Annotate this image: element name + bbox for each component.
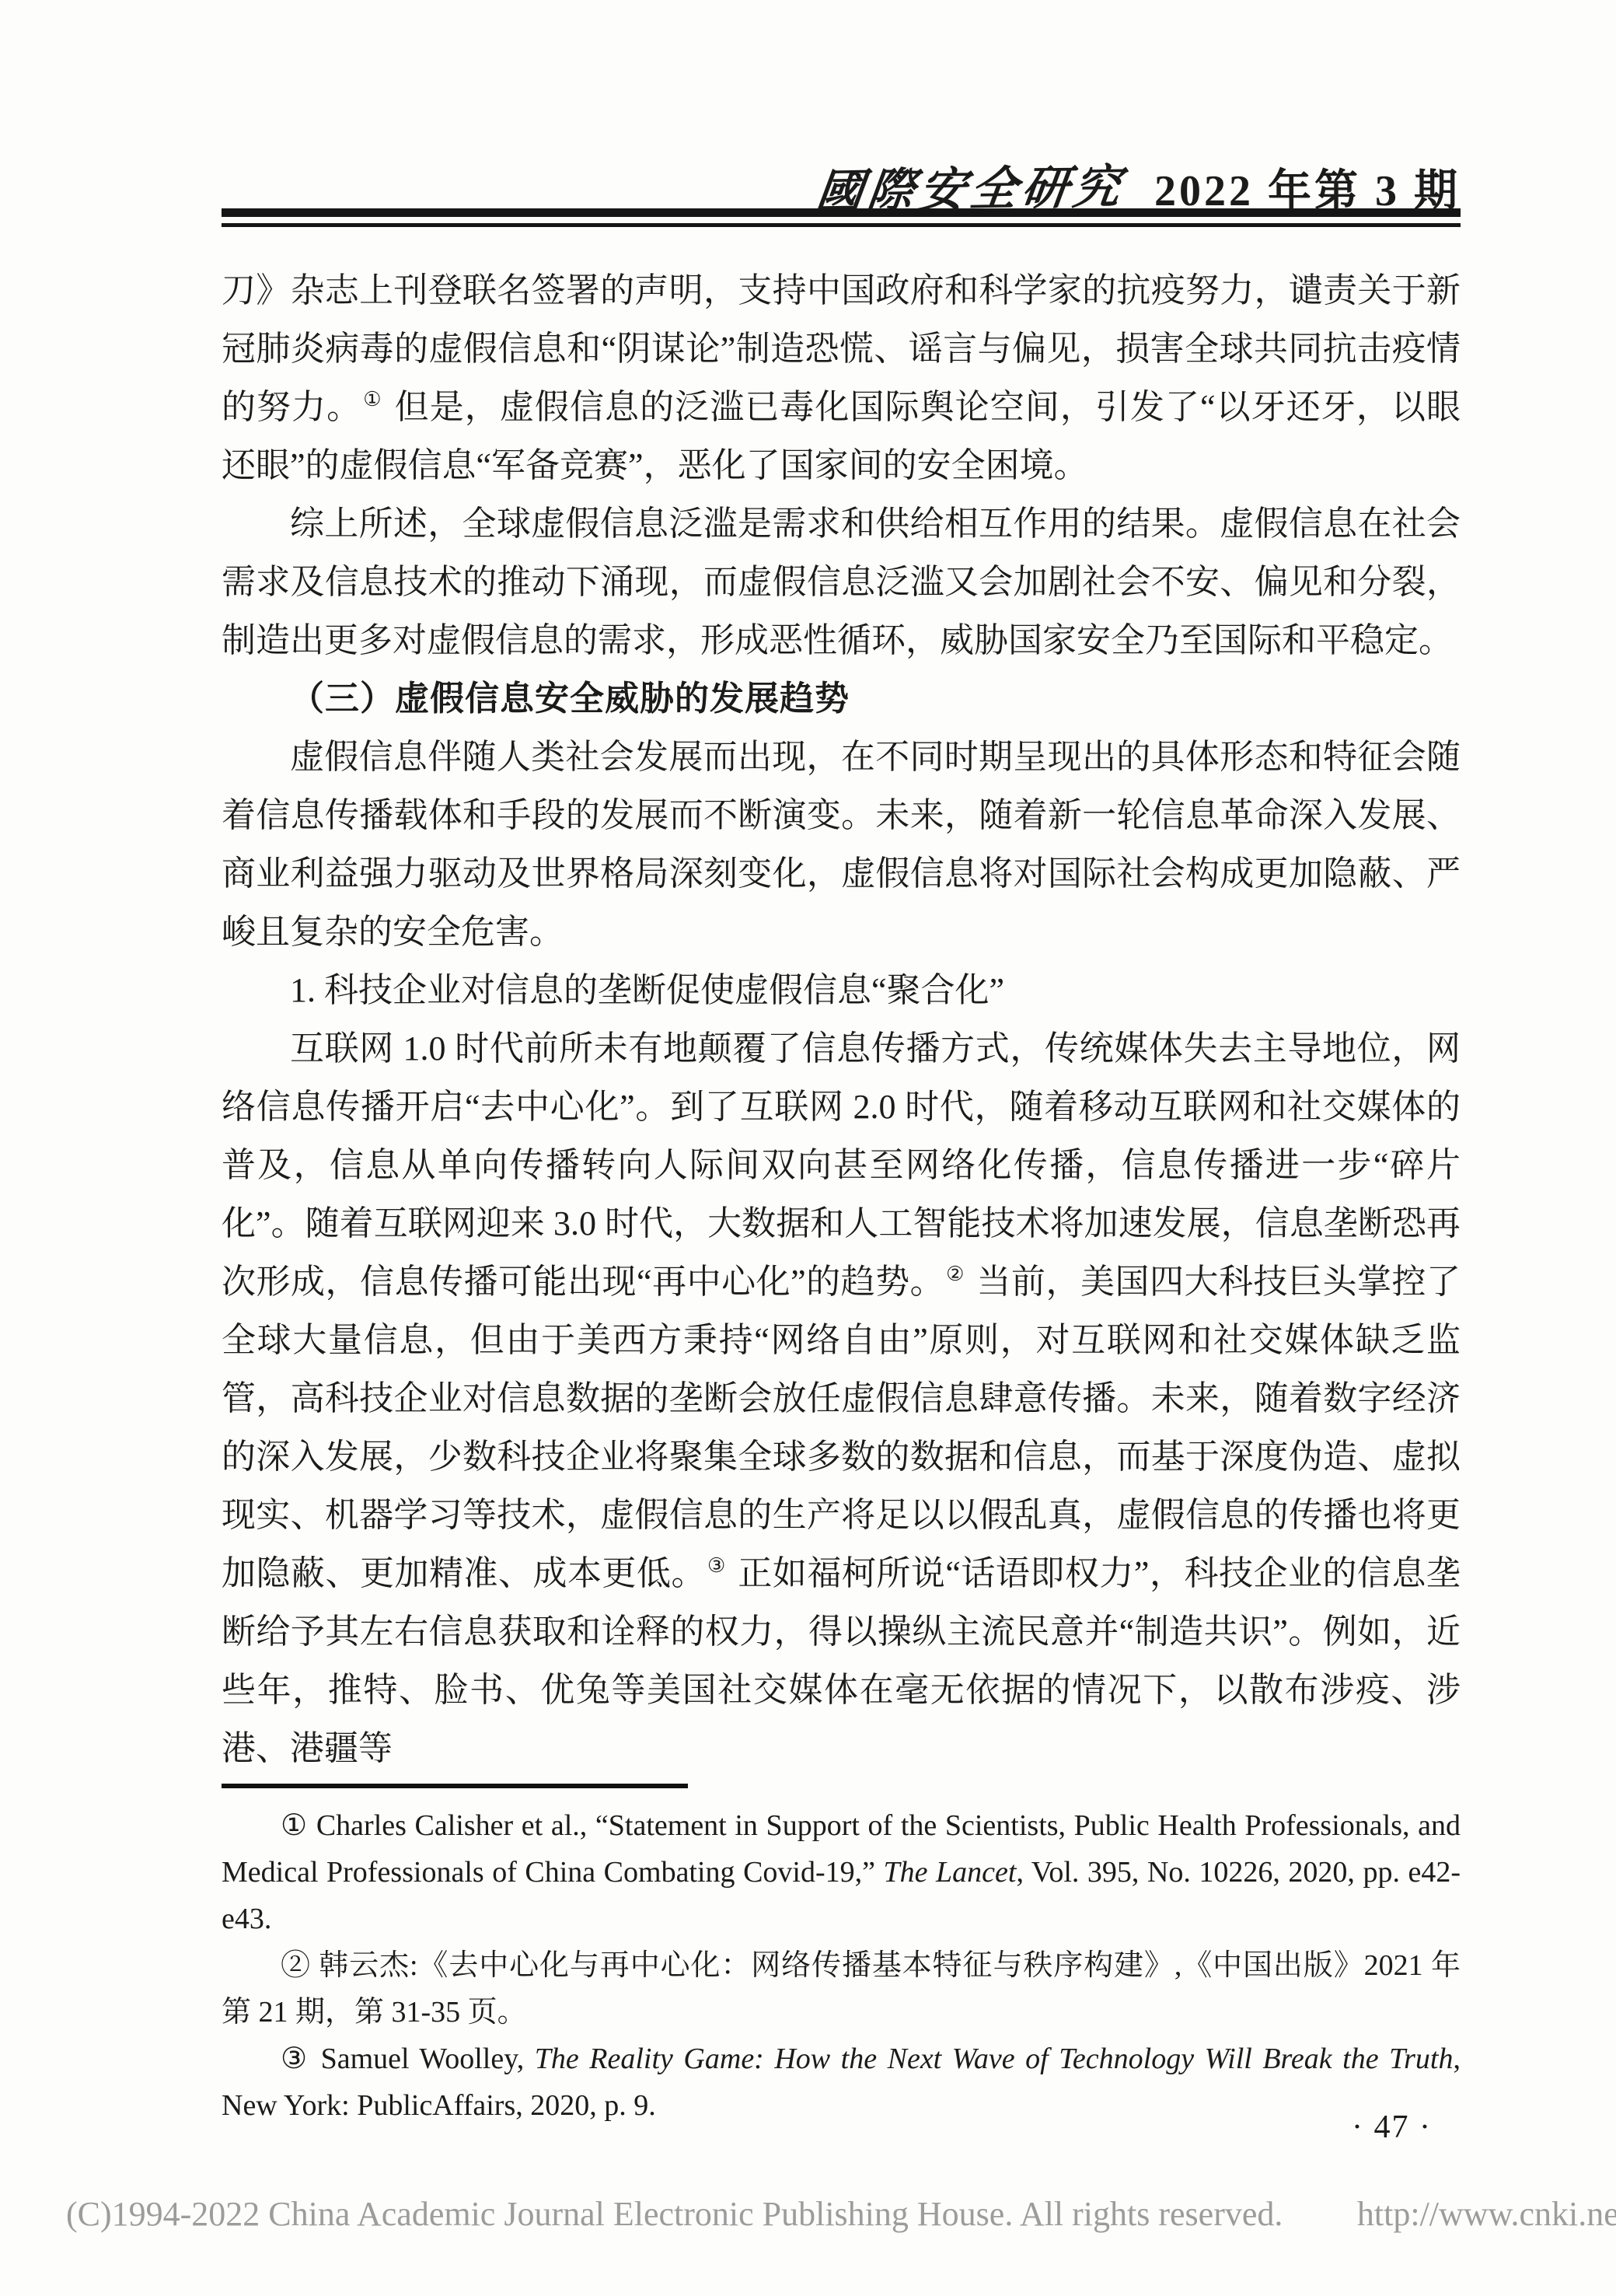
copyright-url: http://www.cnki.net xyxy=(1357,2194,1616,2234)
header-rule-thick xyxy=(222,208,1461,217)
paragraph: 虚假信息伴随人类社会发展而出现，在不同时期呈现出的具体形态和特征会随着信息传播载… xyxy=(222,728,1461,961)
italic-title: The Reality Game: How the Next Wave of T… xyxy=(535,2043,1454,2075)
footnotes-list: ① Charles Calisher et al., “Statement in… xyxy=(222,1802,1461,2129)
footnote-item: ③ Samuel Woolley, The Reality Game: How … xyxy=(222,2036,1461,2129)
footnote-marker: ② xyxy=(944,1263,968,1285)
footnote-item: ② 韩云杰:《去中心化与再中心化：网络传播基本特征与秩序构建》,《中国出版》20… xyxy=(222,1942,1461,2036)
copyright-bar: (C)1994-2022 China Academic Journal Elec… xyxy=(66,2194,1616,2234)
header-rule-thin xyxy=(222,223,1461,227)
paragraph: 互联网 1.0 时代前所未有地颠覆了信息传播方式，传统媒体失去主导地位，网络信息… xyxy=(222,1019,1461,1777)
page-number: · 47 · xyxy=(1352,2109,1432,2146)
footnote-marker: ③ xyxy=(706,1554,729,1577)
footnote-marker: ① xyxy=(361,388,385,411)
paragraph: 综上所述，全球虚假信息泛滥是需求和供给相互作用的结果。虚假信息在社会需求及信息技… xyxy=(222,494,1461,669)
copyright-text: (C)1994-2022 China Academic Journal Elec… xyxy=(66,2194,1283,2234)
section-heading: 1. 科技企业对信息的垄断促使虚假信息“聚合化” xyxy=(222,961,1461,1019)
section-heading: （三）虚假信息安全威胁的发展趋势 xyxy=(222,669,1461,728)
article-body: 刀》杂志上刊登联名签署的声明，支持中国政府和科学家的抗疫努力，谴责关于新冠肺炎病… xyxy=(222,261,1461,1777)
footnote-separator xyxy=(222,1784,688,1788)
italic-title: The Lancet xyxy=(884,1856,1017,1889)
paragraph: 刀》杂志上刊登联名签署的声明，支持中国政府和科学家的抗疫努力，谴责关于新冠肺炎病… xyxy=(222,261,1461,494)
footnote-item: ① Charles Calisher et al., “Statement in… xyxy=(222,1802,1461,1942)
journal-page: 國際安全研究 2022 年第 3 期 刀》杂志上刊登联名签署的声明，支持中国政府… xyxy=(0,0,1616,2296)
